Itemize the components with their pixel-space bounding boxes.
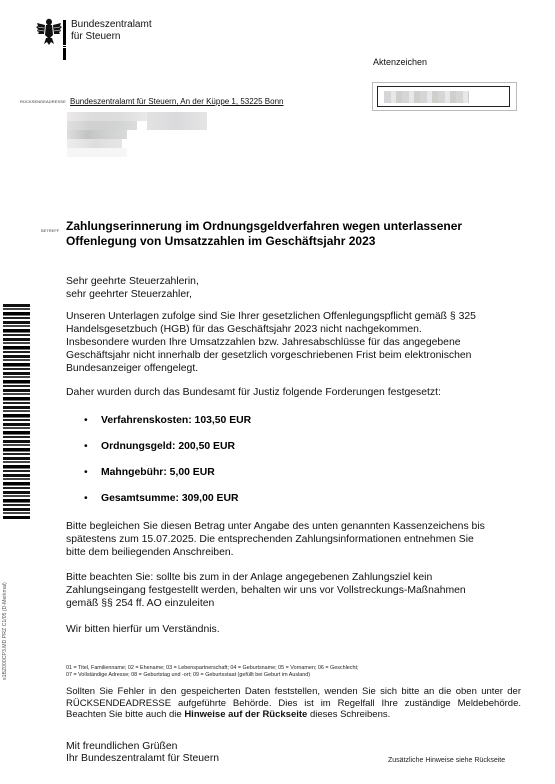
paragraph-obligation: Unseren Unterlagen zufolge sind Sie Ihre… (66, 310, 486, 375)
fee-list: Verfahrenskosten: 103,50 EUR Ordnungsgel… (84, 414, 251, 518)
reference-field (377, 86, 510, 107)
org-name: Bundeszentralamt für Steuern (71, 19, 152, 43)
org-name-line2: für Steuern (71, 31, 152, 43)
paragraph-enforcement-warning: Bitte beachten Sie: sollte bis zum in de… (66, 571, 486, 610)
back-page-hint: Zusätzliche Hinweise siehe Rückseite (388, 757, 505, 764)
footnote-codes: 01 = Titel, Familienname; 02 = Ehename; … (66, 665, 536, 679)
barcode (3, 304, 30, 519)
recipient-address-redacted (67, 112, 147, 157)
subject: Zahlungserinnerung im Ordnungsgeldverfah… (66, 219, 466, 249)
return-address-label: RÜCKSENDEADRESSE (20, 99, 66, 104)
footnote-line2: 07 = Vollständige Adresse; 08 = Geburtst… (66, 672, 536, 679)
org-name-line1: Bundeszentralamt (71, 19, 152, 31)
closing-line1: Mit freundlichen Grüßen (66, 741, 219, 753)
logo-divider (63, 20, 66, 60)
side-document-code: s1BZ000CP3.MD PRZ C1/05 (D-Merkmal) (2, 582, 8, 680)
salutation-line1: Sehr geehrte Steuerzahlerin, (66, 275, 486, 288)
salutation: Sehr geehrte Steuerzahlerin, sehr geehrt… (66, 275, 486, 301)
data-correction-notice: Sollten Sie Fehler in den gespeicherten … (66, 686, 521, 721)
paragraph-payment-request: Bitte begleichen Sie diesen Betrag unter… (66, 520, 486, 559)
fee-item-total: Gesamtsumme: 309,00 EUR (84, 492, 251, 518)
closing-line2: Ihr Bundeszentralamt für Steuern (66, 753, 219, 765)
reference-label: Aktenzeichen (373, 57, 427, 67)
salutation-line2: sehr geehrter Steuerzahler, (66, 288, 486, 301)
fee-item-reminder-fee: Mahngebühr: 5,00 EUR (84, 466, 251, 492)
closing: Mit freundlichen Grüßen Ihr Bundeszentra… (66, 741, 219, 765)
subject-label: BETREFF (41, 228, 59, 233)
subject-line2: Offenlegung von Umsatzzahlen im Geschäft… (66, 234, 466, 249)
fee-item-procedure-costs: Verfahrenskosten: 103,50 EUR (84, 414, 251, 440)
footnote-line1: 01 = Titel, Familienname; 02 = Ehename; … (66, 665, 536, 672)
fee-item-penalty: Ordnungsgeld: 200,50 EUR (84, 440, 251, 466)
reference-box (372, 82, 517, 111)
reference-value-redacted (384, 91, 469, 103)
notice-text-after: dieses Schreibens. (307, 709, 390, 720)
paragraph-understanding: Wir bitten hierfür um Verständnis. (66, 623, 486, 636)
notice-bold-back-reference: Hinweise auf der Rückseite (184, 709, 307, 720)
return-address: Bundeszentralamt für Steuern, An der Küp… (70, 97, 283, 106)
subject-line1: Zahlungserinnerung im Ordnungsgeldverfah… (66, 219, 466, 234)
federal-eagle-icon (36, 17, 62, 45)
paragraph-claims-intro: Daher wurden durch das Bundesamt für Jus… (66, 386, 486, 399)
